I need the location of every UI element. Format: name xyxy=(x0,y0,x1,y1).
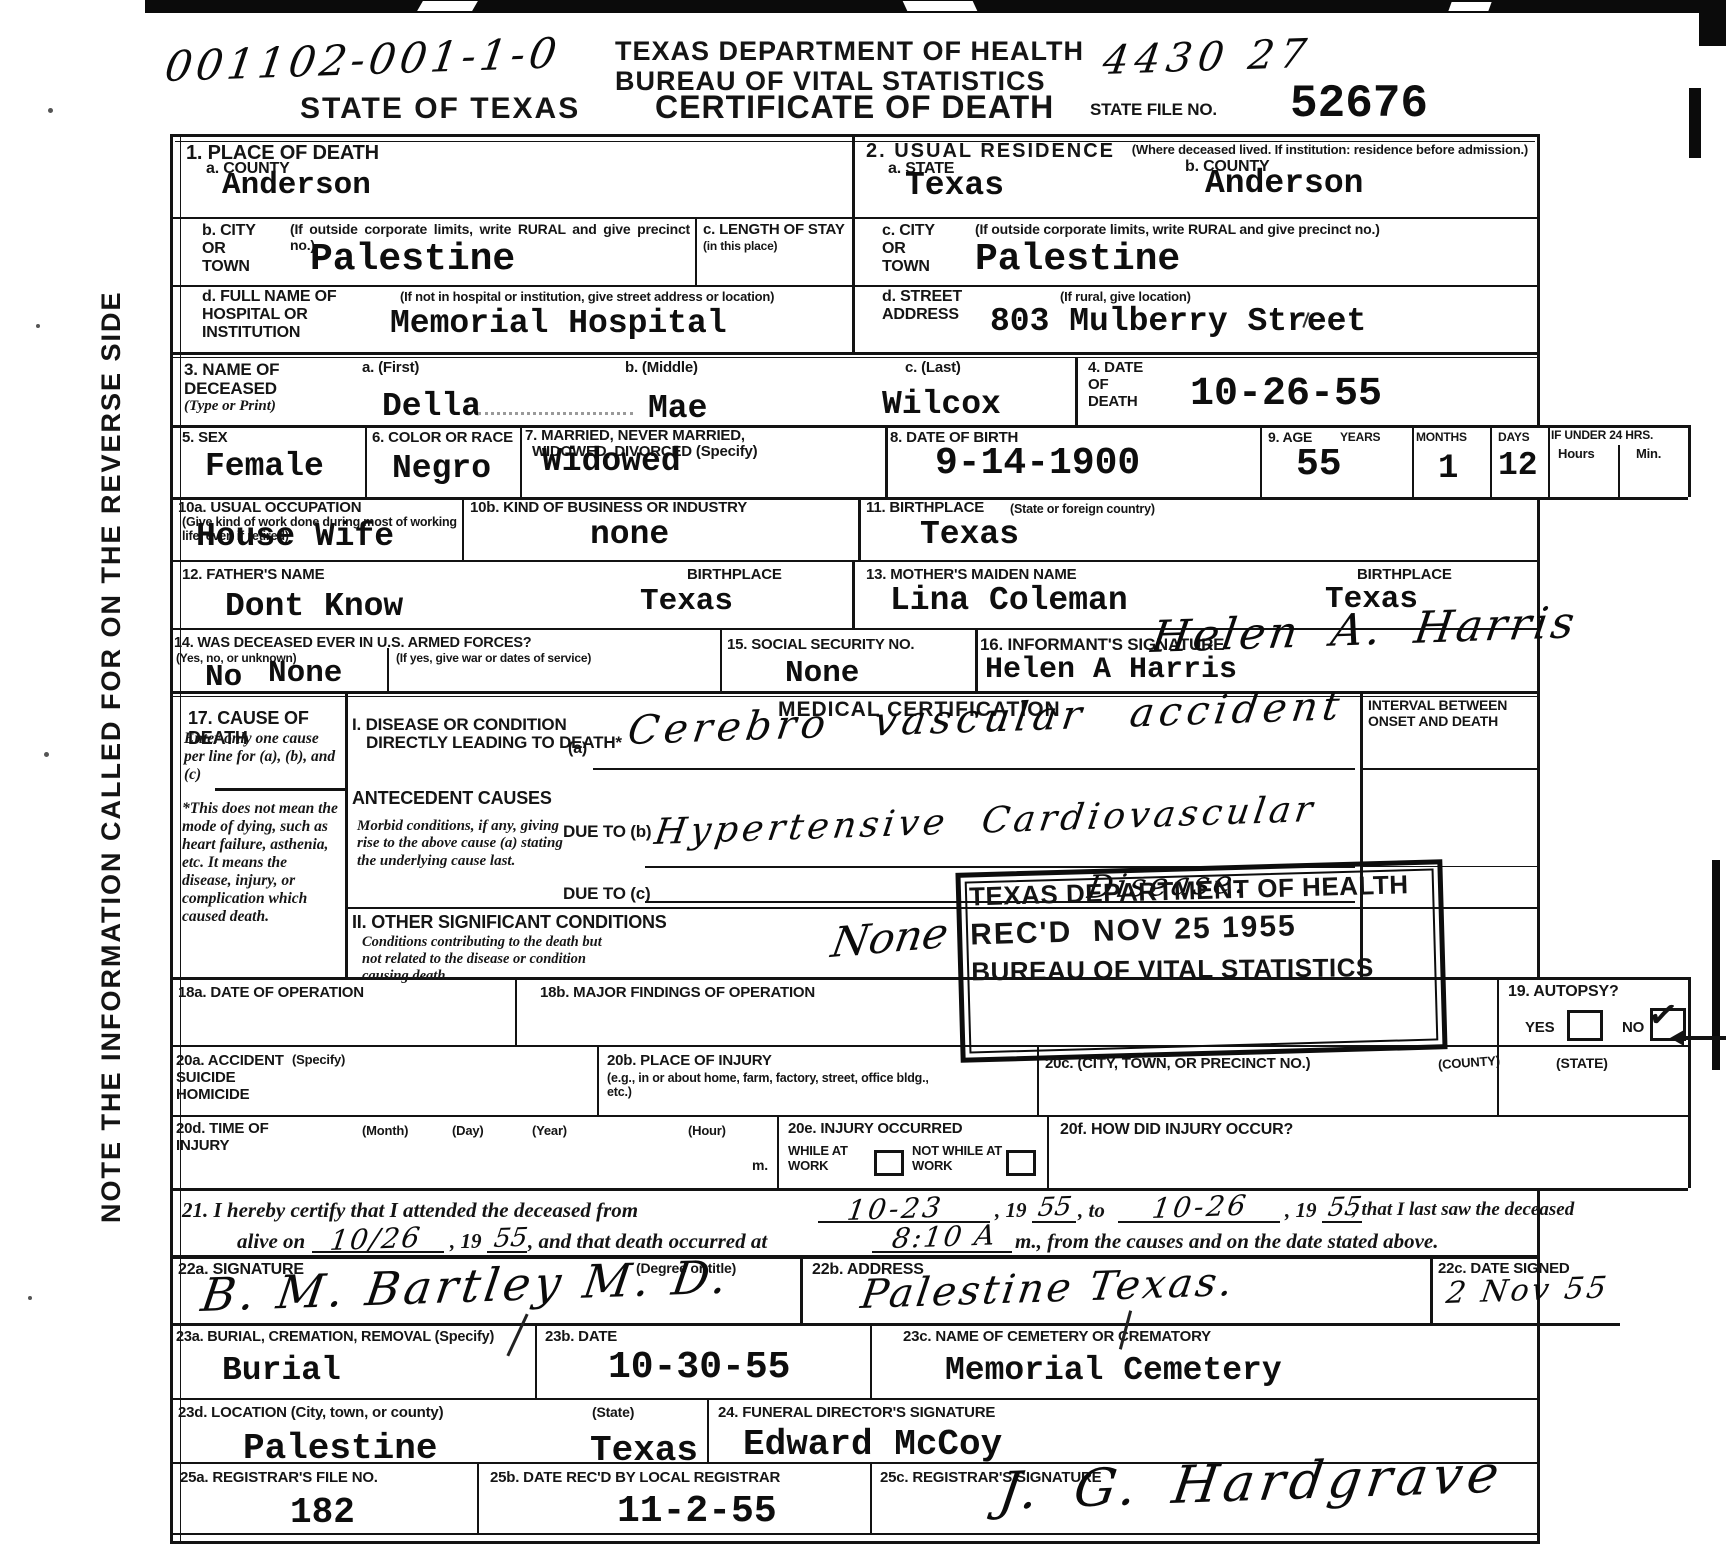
certify-text-2: , that I last saw the deceased xyxy=(1352,1199,1574,1221)
line xyxy=(535,1323,537,1398)
operation-date-label: 18a. DATE OF OPERATION xyxy=(178,985,364,1002)
speck xyxy=(28,1296,32,1300)
place-city-label: b. CITY OR TOWN xyxy=(202,222,266,276)
line xyxy=(170,1255,1540,1259)
state-file-no-value: 52676 xyxy=(1290,78,1428,130)
place-of-injury-hint: (e.g., in or about home, farm, factory, … xyxy=(607,1071,952,1099)
deceased-name-hint: (Type or Print) xyxy=(184,398,276,415)
certificate-title: CERTIFICATE OF DEATH xyxy=(655,90,1054,126)
burial-location-value: Palestine xyxy=(243,1428,437,1469)
line xyxy=(312,1251,444,1253)
age-months-label: MONTHS xyxy=(1416,431,1467,444)
injury-month-label: (Month) xyxy=(362,1124,408,1139)
line xyxy=(170,285,1540,287)
line xyxy=(720,628,722,691)
line xyxy=(387,648,389,691)
hours-label: Hours xyxy=(1558,447,1595,462)
cause-note-1: Enter only one cause per line for (a), (… xyxy=(184,730,336,784)
line xyxy=(170,1533,1540,1535)
injury-hour-label: (Hour) xyxy=(688,1124,726,1139)
ssn-label: 15. SOCIAL SECURITY NO. xyxy=(727,637,914,654)
burial-state-value: Texas xyxy=(590,1430,698,1471)
line xyxy=(872,1251,1012,1253)
line xyxy=(365,428,367,497)
birthplace-hint: (State or foreign country) xyxy=(1010,502,1155,516)
disease-label-1: I. DISEASE OR CONDITION xyxy=(352,715,567,734)
not-while-at-work-checkbox xyxy=(1006,1150,1036,1176)
funeral-director-value: Edward McCoy xyxy=(743,1424,1002,1465)
residence-city-value: Palestine xyxy=(975,238,1180,281)
certify-text-1: 21. I hereby certify that I attended the… xyxy=(182,1198,638,1223)
line xyxy=(1118,1221,1280,1223)
hospital-label: d. FULL NAME OF HOSPITAL OR INSTITUTION xyxy=(202,288,392,342)
line xyxy=(1497,977,1499,1115)
state-heading: STATE OF TEXAS xyxy=(300,92,580,126)
age-years-label: YEARS xyxy=(1340,431,1380,444)
line xyxy=(695,218,697,285)
street-label: d. STREET ADDRESS xyxy=(882,288,977,324)
line xyxy=(870,1323,872,1398)
length-of-stay-label: c. LENGTH OF STAY xyxy=(703,222,845,239)
injury-m-label: m. xyxy=(752,1158,768,1174)
business-label: 10b. KIND OF BUSINESS OR INDUSTRY xyxy=(470,500,747,517)
business-value: none xyxy=(590,516,669,553)
autopsy-yes-label: YES xyxy=(1525,1020,1554,1037)
street-value: 803 Mulberry Street xyxy=(990,303,1366,340)
due-to-c-label: DUE TO (c) xyxy=(563,884,650,903)
occupation-value: House Wife xyxy=(196,518,394,555)
place-of-injury-label: 20b. PLACE OF INJURY xyxy=(607,1053,772,1070)
line xyxy=(170,1398,1540,1400)
line xyxy=(1362,768,1540,770)
while-at-work-label: WHILE AT WORK xyxy=(788,1144,873,1173)
birthplace-label: 11. BIRTHPLACE xyxy=(866,500,984,517)
other-conditions-label: II. OTHER SIGNIFICANT CONDITIONS xyxy=(352,912,667,932)
header-scribble-right: 4430 27 xyxy=(1100,31,1315,84)
age-months-value: 1 xyxy=(1438,450,1458,488)
line xyxy=(515,977,517,1045)
line xyxy=(597,1045,599,1115)
line xyxy=(1430,1255,1433,1323)
first-name-label: a. (First) xyxy=(362,360,419,377)
certify-time-value: 8:10 A xyxy=(890,1218,999,1255)
scan-strip-gap xyxy=(417,1,478,11)
not-while-at-work-label: NOT WHILE AT WORK xyxy=(912,1144,1004,1173)
line xyxy=(170,1323,1620,1326)
line xyxy=(1032,1221,1076,1223)
residence-county-value: Anderson xyxy=(1205,165,1363,202)
line xyxy=(170,1115,1688,1117)
line xyxy=(593,768,1355,770)
residence-city-hint: (If outside corporate limits, write RURA… xyxy=(975,222,1380,238)
how-injury-label: 20f. HOW DID INJURY OCCUR? xyxy=(1060,1121,1293,1139)
pointer-arrowhead xyxy=(1670,1030,1684,1046)
line xyxy=(1412,425,1414,497)
armed-forces-label: 14. WAS DECEASED EVER IN U.S. ARMED FORC… xyxy=(174,635,531,651)
birthplace-value: Texas xyxy=(920,516,1019,553)
sex-label: 5. SEX xyxy=(182,430,228,447)
disease-a-tag: (a) xyxy=(568,740,587,758)
father-birthplace-label: BIRTHPLACE xyxy=(687,567,782,584)
registrar-date-value: 11-2-55 xyxy=(617,1490,777,1533)
stamp-line1: TEXAS DEPARTMENT OF HEALTH xyxy=(969,869,1431,913)
armed-forces-value: No xyxy=(205,660,242,695)
line xyxy=(520,428,522,497)
line xyxy=(707,1398,709,1462)
line xyxy=(170,217,1540,219)
line xyxy=(818,1221,990,1223)
other-conditions-note: Conditions contributing to the death but… xyxy=(362,934,602,984)
autopsy-yes-checkbox xyxy=(1567,1010,1603,1041)
speck xyxy=(36,324,40,328)
injury-year-label: (Year) xyxy=(532,1124,567,1139)
burial-label: 23a. BURIAL, CREMATION, REMOVAL (Specify… xyxy=(176,1329,494,1345)
middle-name-label: b. (Middle) xyxy=(625,360,698,377)
speck xyxy=(48,108,53,113)
autopsy-no-label: NO xyxy=(1622,1020,1644,1037)
line xyxy=(1688,977,1691,1188)
residence-city-label: c. CITY OR TOWN xyxy=(882,222,946,276)
date-of-death-value: 10-26-55 xyxy=(1190,372,1382,417)
line xyxy=(462,497,464,560)
burial-location-label: 23d. LOCATION (City, town, or county) xyxy=(178,1405,443,1422)
armed-forces-hint2: (If yes, give war or dates of service) xyxy=(396,652,591,665)
date-signed-value: 2 Nov 55 xyxy=(1444,1270,1611,1311)
race-value: Negro xyxy=(392,450,491,487)
hospital-hint: (If not in hospital or institution, give… xyxy=(400,290,774,305)
certify-19a: , 19 xyxy=(995,1198,1027,1223)
operation-findings-label: 18b. MAJOR FINDINGS OF OPERATION xyxy=(540,985,815,1002)
min-label: Min. xyxy=(1636,447,1661,462)
line xyxy=(1537,134,1540,427)
line xyxy=(487,1251,527,1253)
reverse-side-note: NOTE THE INFORMATION CALLED FOR ON THE R… xyxy=(96,338,127,1223)
registrar-file-value: 182 xyxy=(290,1492,355,1533)
header-scribble-left: 001102-001-1-0 xyxy=(162,28,564,91)
received-stamp: TEXAS DEPARTMENT OF HEALTH REC'D NOV 25 … xyxy=(955,859,1447,1063)
line xyxy=(170,425,1688,428)
line xyxy=(1537,497,1540,977)
line xyxy=(1322,1221,1362,1223)
line xyxy=(975,628,978,691)
interval-label: INTERVAL BETWEEN ONSET AND DEATH xyxy=(1368,698,1533,729)
certify-to-value: 10-26 xyxy=(1150,1189,1251,1225)
accident-label: 20a. ACCIDENT SUICIDE HOMICIDE xyxy=(176,1053,296,1103)
ssn-value: None xyxy=(785,656,859,691)
line xyxy=(170,1045,1688,1047)
antecedent-note: Morbid conditions, if any, giving rise t… xyxy=(357,818,582,870)
pointer-line xyxy=(1684,1036,1726,1040)
antecedent-label: ANTECEDENT CAUSES xyxy=(352,788,552,808)
last-name-value: Wilcox xyxy=(882,386,1001,423)
father-birthplace-value: Texas xyxy=(640,584,733,619)
due-to-b-label: DUE TO (b) xyxy=(563,822,651,841)
cause-note-2: *This does not mean the mode of dying, s… xyxy=(182,800,338,926)
age-days-value: 12 xyxy=(1498,447,1538,484)
line xyxy=(170,352,1540,355)
registrar-file-label: 25a. REGISTRAR'S FILE NO. xyxy=(180,1470,378,1487)
while-at-work-checkbox xyxy=(874,1150,904,1176)
accident-specify-hint: (Specify) xyxy=(292,1053,345,1068)
line xyxy=(870,1462,872,1535)
line xyxy=(858,497,861,560)
injury-city-label: 20c. (CITY, TOWN, OR PRECINCT NO.) xyxy=(1045,1056,1310,1073)
line xyxy=(1688,425,1691,497)
erasure-dots xyxy=(478,412,633,415)
certify-year1: 55 xyxy=(1036,1192,1074,1223)
marital-value: Widowed xyxy=(542,443,681,480)
burial-date-label: 23b. DATE xyxy=(545,1329,617,1346)
place-city-value: Palestine xyxy=(310,238,515,281)
certify-year3: 55 xyxy=(492,1223,530,1254)
mother-name-value: Lina Coleman xyxy=(890,582,1128,619)
age-days-label: DAYS xyxy=(1498,431,1529,444)
scan-strip-gap xyxy=(1448,2,1491,11)
line xyxy=(1490,425,1492,497)
father-name-label: 12. FATHER'S NAME xyxy=(182,567,324,584)
scan-strip-gap xyxy=(903,1,978,11)
date-of-death-label: 4. DATE OF DEATH xyxy=(1088,360,1158,410)
speck xyxy=(44,752,49,757)
middle-name-value: Mae xyxy=(648,390,707,427)
line xyxy=(852,137,855,352)
injury-state-label: (STATE) xyxy=(1556,1056,1608,1072)
race-label: 6. COLOR OR RACE xyxy=(372,430,513,447)
age-years-value: 55 xyxy=(1296,443,1342,486)
line xyxy=(777,1115,779,1188)
place-county-value: Anderson xyxy=(222,168,371,203)
burial-value: Burial xyxy=(222,1352,341,1389)
state-file-no-label: STATE FILE NO. xyxy=(1090,100,1217,119)
cemetery-value: Memorial Cemetery xyxy=(945,1352,1282,1389)
line xyxy=(1537,1188,1540,1544)
certify-19b: , 19 xyxy=(1285,1198,1317,1223)
date-of-birth-value: 9-14-1900 xyxy=(935,442,1140,485)
line xyxy=(1075,357,1078,425)
residence-title-hint: (Where deceased lived. If institution: r… xyxy=(1108,143,1528,158)
length-of-stay-hint: (in this place) xyxy=(703,240,777,253)
line xyxy=(885,428,888,497)
line xyxy=(1047,1115,1049,1188)
sex-value: Female xyxy=(205,448,324,485)
certify-19c: , 19 xyxy=(450,1229,482,1254)
line xyxy=(1548,425,1550,497)
first-name-value: Della xyxy=(382,388,481,425)
line xyxy=(1618,445,1620,497)
time-of-injury-label: 20d. TIME OF INJURY xyxy=(176,1121,271,1155)
residence-state-value: Texas xyxy=(905,167,1004,204)
line xyxy=(852,560,855,628)
certify-to-word: , to xyxy=(1078,1198,1105,1223)
injury-day-label: (Day) xyxy=(452,1124,484,1139)
line xyxy=(170,357,1540,358)
line xyxy=(215,788,345,791)
certify-text-5: m., from the causes and on the date stat… xyxy=(1015,1229,1439,1254)
line xyxy=(800,1255,803,1323)
last-name-label: c. (Last) xyxy=(905,360,961,377)
burial-date-value: 10-30-55 xyxy=(608,1346,790,1389)
under-24-label: IF UNDER 24 HRS. xyxy=(1551,429,1653,442)
agency-line1: TEXAS DEPARTMENT OF HEALTH xyxy=(615,36,1084,66)
stamp-line3: BUREAU OF VITAL STATISTICS xyxy=(971,952,1432,988)
autopsy-label: 19. AUTOPSY? xyxy=(1508,983,1619,1001)
hospital-value: Memorial Hospital xyxy=(390,305,727,342)
line xyxy=(170,560,1540,562)
funeral-director-label: 24. FUNERAL DIRECTOR'S SIGNATURE xyxy=(718,1405,995,1422)
line xyxy=(477,1462,479,1535)
scan-corner-mark xyxy=(1699,0,1726,46)
certify-text-3: alive on xyxy=(237,1229,305,1254)
cemetery-label: 23c. NAME OF CEMETERY OR CREMATORY xyxy=(903,1329,1211,1346)
stamp-line2: REC'D NOV 25 1955 xyxy=(970,906,1432,953)
registrar-date-label: 25b. DATE REC'D BY LOCAL REGISTRAR xyxy=(490,1470,780,1487)
deceased-name-label: 3. NAME OF DECEASED xyxy=(184,360,304,398)
father-name-value: Dont Know xyxy=(225,588,403,625)
death-certificate-scan: 001102-001-1-0 TEXAS DEPARTMENT OF HEALT… xyxy=(0,0,1726,1556)
burial-state-label: (State) xyxy=(592,1405,634,1421)
scan-edge-mark xyxy=(1689,88,1701,158)
armed-forces-service-value: None xyxy=(268,656,342,691)
injury-occurred-label: 20e. INJURY OCCURRED xyxy=(788,1121,962,1138)
line xyxy=(1260,428,1262,497)
